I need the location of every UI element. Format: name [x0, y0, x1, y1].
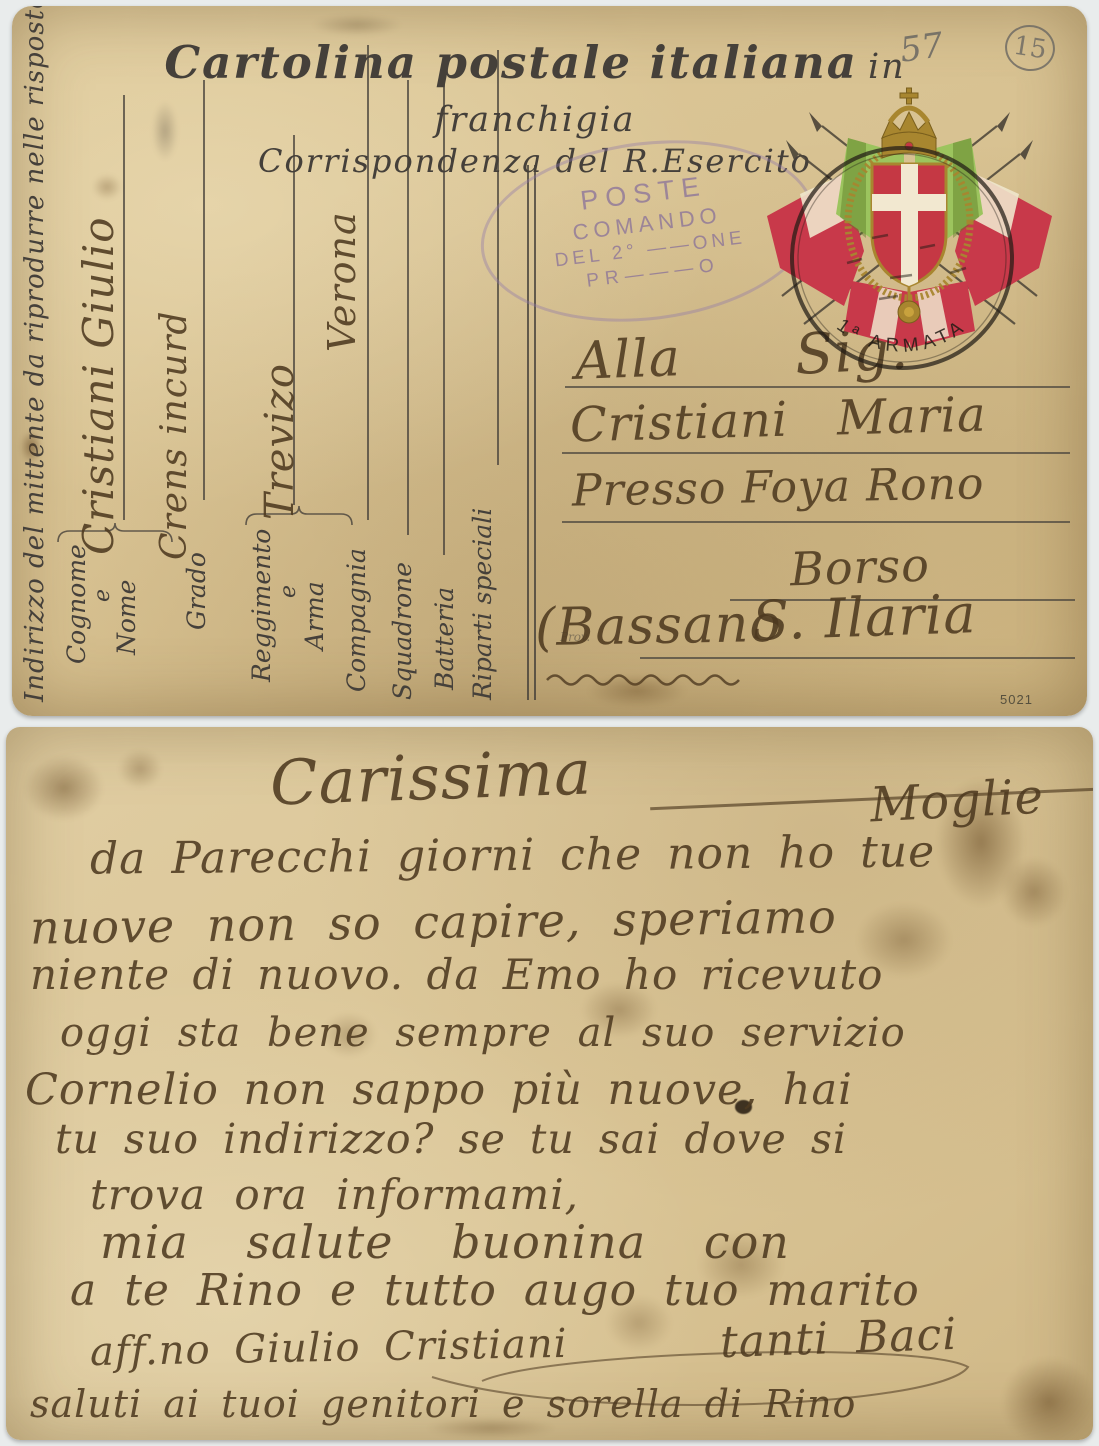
- address-line5-right: S. Ilaria: [751, 582, 978, 653]
- reggimento-handwriting: Trevizo: [257, 363, 303, 520]
- circled-pencil-number: 15: [1002, 21, 1059, 74]
- message-line: niente di nuovo. da Emo ho ricevuto: [30, 950, 883, 999]
- message-tanti-baci: tanti Baci: [719, 1309, 958, 1368]
- stain: [24, 755, 104, 821]
- postcard-front: Cartolina postale italianain franchigia …: [12, 6, 1087, 716]
- stain: [1001, 857, 1067, 927]
- address-line5-left: (Bassano: [534, 594, 782, 658]
- sender-name-handwriting: Cristiani Giulio: [74, 216, 123, 555]
- form-label-compagnia: Compagnia: [342, 548, 371, 692]
- message-salutation: Carissima: [269, 735, 593, 819]
- address-rule-5: [640, 657, 1075, 659]
- scanned-postcard-sheet: Cartolina postale italianain franchigia …: [0, 0, 1099, 1446]
- address-rule-3: [562, 521, 1070, 523]
- message-line: a te Rino e tutto augo tuo marito: [70, 1265, 920, 1316]
- grado-handwriting: Crens incurd: [154, 311, 195, 560]
- message-line: Cornelio non sappo più nuove, hai: [25, 1065, 853, 1115]
- stain: [1001, 1357, 1093, 1440]
- form-rule-batteria: [443, 65, 445, 555]
- message-moglie: Moglie: [869, 768, 1046, 833]
- form-label-riparti-speciali: Riparti speciali: [468, 508, 497, 700]
- form-label-batteria: Batteria: [430, 587, 459, 690]
- message-line: saluti ai tuoi genitori e sorella di Rin…: [30, 1382, 856, 1426]
- form-label-nome: Nome: [112, 580, 141, 655]
- message-line: oggi sta bene sempre al suo servizio: [60, 1010, 906, 1056]
- address-name: Cristiani Maria: [569, 387, 987, 454]
- form-label-grado: Grado: [182, 552, 211, 630]
- message-line: nuove non so capire, speriamo: [30, 889, 837, 954]
- sender-note: Indirizzo del mittente da riprodurre nel…: [20, 6, 50, 702]
- message-signature: aff.no Giulio Cristiani: [90, 1321, 568, 1375]
- header-title-main: Cartolina postale italiana: [164, 36, 858, 89]
- circled-number-value: 15: [1011, 31, 1048, 66]
- form-label-squadrone: Squadrone: [388, 562, 417, 700]
- message-line: tu suo indirizzo? se tu sai dove si: [55, 1115, 847, 1163]
- postcard-back: Carissima Moglie da Parecchi giorni che …: [6, 727, 1093, 1440]
- address-rule-2: [562, 452, 1070, 454]
- underline-squiggle: [545, 672, 755, 686]
- stain: [92, 174, 122, 200]
- address-salutation: Alla: [574, 328, 682, 392]
- message-line: da Parecchi giorni che non ho tue: [90, 826, 936, 884]
- compagnia-handwriting: Verona: [320, 211, 364, 352]
- form-label-arma: Arma: [300, 581, 329, 650]
- form-label-reggimento-e: e: [276, 585, 301, 598]
- form-label-reggimento: Reggimento: [247, 529, 276, 682]
- message-line: mia salute buonina con: [100, 1215, 790, 1269]
- form-rule-cognome: [123, 95, 125, 520]
- address-line3: Presso Foya Rono: [572, 458, 985, 516]
- stain: [118, 749, 162, 789]
- form-rule-compagnia: [367, 45, 369, 520]
- royal-arms-flags-emblem: 1ª ARMATA: [752, 86, 1067, 386]
- form-rule-grado: [203, 80, 205, 500]
- form-rule-squadrone: [407, 80, 409, 535]
- stain: [312, 14, 402, 36]
- pencil-number: 57: [897, 25, 945, 71]
- form-label-cognome: Cognome: [62, 544, 91, 664]
- message-line: trova ora informami,: [90, 1170, 579, 1219]
- printer-code: 5021: [1000, 692, 1033, 707]
